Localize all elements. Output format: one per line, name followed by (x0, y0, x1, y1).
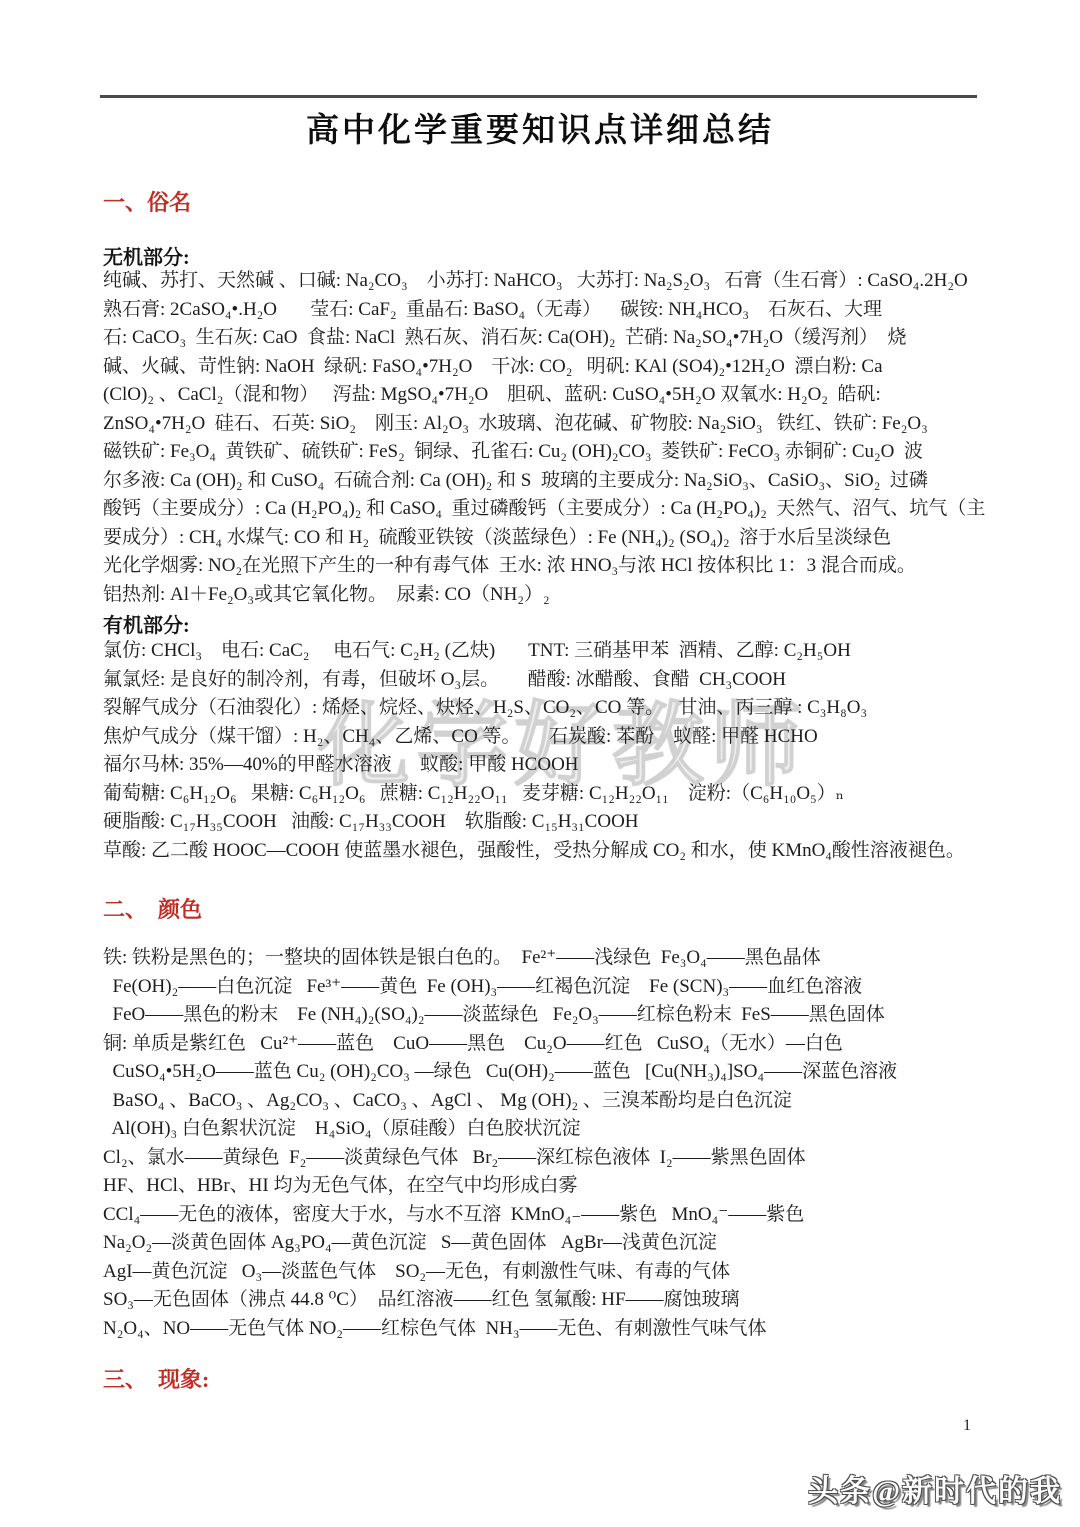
text-line: 纯碱、苏打、天然碱 、口碱: Na₂CO₃ 小苏打: NaHCO₃ 大苏打: N… (103, 267, 1008, 296)
document-page: 高中化学重要知识点详细总结 化学好教师 一、俗名 无机部分: 纯碱、苏打、天然碱… (0, 0, 1080, 1527)
text-line: 石: CaCO₃ 生石灰: CaO 食盐: NaCl 熟石灰、消石灰: Ca(O… (103, 324, 1008, 353)
text-line: Na₂O₂—淡黄色固体 Ag₃PO₄—黄色沉淀 S—黄色固体 AgBr—浅黄色沉… (103, 1229, 1008, 1258)
header-rule (100, 95, 977, 98)
colors-lines: 铁: 铁粉是黑色的；一整块的固体铁是银白色的。 Fe²⁺——浅绿色 Fe₃O₄—… (103, 944, 1008, 1343)
page-title: 高中化学重要知识点详细总结 (0, 104, 1080, 151)
text-line: 碱、火碱、苛性钠: NaOH 绿矾: FaSO₄•7H₂O 干冰: CO₂ 明矾… (103, 353, 1008, 382)
text-line: SO₃—无色固体（沸点 44.8 ⁰C） 品红溶液——红色 氢氟酸: HF——腐… (103, 1286, 1008, 1315)
text-line: 氯仿: CHCl₃ 电石: CaC₂ 电石气: C₂H₂ (乙炔) TNT: 三… (103, 637, 1008, 666)
text-line: (ClO)₂ 、CaCl₂（混和物） 泻盐: MgSO₄•7H₂O 胆矾、蓝矾:… (103, 381, 1008, 410)
text-line: 铁: 铁粉是黑色的；一整块的固体铁是银白色的。 Fe²⁺——浅绿色 Fe₃O₄—… (103, 944, 1008, 973)
inorganic-lines: 纯碱、苏打、天然碱 、口碱: Na₂CO₃ 小苏打: NaHCO₃ 大苏打: N… (103, 267, 1008, 609)
text-line: CuSO₄•5H₂O——蓝色 Cu₂ (OH)₂CO₃ —绿色 Cu(OH)₂—… (103, 1058, 1008, 1087)
footer-watermark: 头条@新时代的我 (808, 1466, 1062, 1510)
organic-lines: 氯仿: CHCl₃ 电石: CaC₂ 电石气: C₂H₂ (乙炔) TNT: 三… (103, 637, 1008, 865)
text-line: HF、HCl、HBr、HI 均为无色气体，在空气中均形成白雾 (103, 1172, 1008, 1201)
text-line: Fe(OH)₂——白色沉淀 Fe³⁺——黄色 Fe (OH)₃——红褐色沉淀 F… (103, 973, 1008, 1002)
organic-part-label: 有机部分: (103, 609, 190, 638)
text-line: CCl₄——无色的液体，密度大于水，与水不互溶 KMnO₄₋——紫色 MnO₄⁻… (103, 1201, 1008, 1230)
text-line: 福尔马林: 35%—40%的甲醛水溶液 蚁酸: 甲酸 HCOOH (103, 751, 1008, 780)
text-line: AgI—黄色沉淀 O₃—淡蓝色气体 SO₂—无色，有刺激性气味、有毒的气体 (103, 1258, 1008, 1287)
text-line: 光化学烟雾: NO₂在光照下产生的一种有毒气体 王水: 浓 HNO₃与浓 HCl… (103, 552, 1008, 581)
text-line: N₂O₄、NO——无色气体 NO₂——红棕色气体 NH₃——无色、有刺激性气味气… (103, 1315, 1008, 1344)
text-line: 要成分）: CH₄ 水煤气: CO 和 H₂ 硫酸亚铁铵（淡蓝绿色）: Fe (… (103, 524, 1008, 553)
text-line: Al(OH)₃ 白色絮状沉淀 H₄SiO₄（原硅酸）白色胶状沉淀 (103, 1115, 1008, 1144)
text-line: 裂解气成分（石油裂化）: 烯烃、烷烃、炔烃、H₂S、CO₂、CO 等。 甘油、丙… (103, 694, 1008, 723)
text-line: 硬脂酸: C₁₇H₃₅COOH 油酸: C₁₇H₃₃COOH 软脂酸: C₁₅H… (103, 808, 1008, 837)
text-line: 草酸: 乙二酸 HOOC—COOH 使蓝墨水褪色，强酸性，受热分解成 CO₂ 和… (103, 837, 1008, 866)
text-line: 氟氯烃: 是良好的制冷剂，有毒，但破坏 O₃层。 醋酸: 冰醋酸、食醋 CH₃C… (103, 666, 1008, 695)
text-line: 熟石膏: 2CaSO₄•.H₂O 莹石: CaF₂ 重晶石: BaSO₄（无毒）… (103, 296, 1008, 325)
section-heading-colors: 二、 颜色 (103, 893, 202, 924)
inorganic-part-label: 无机部分: (103, 241, 190, 270)
text-line: 磁铁矿: Fe₃O₄ 黄铁矿、硫铁矿: FeS₂ 铜绿、孔雀石: Cu₂ (OH… (103, 438, 1008, 467)
text-line: 酸钙（主要成分）: Ca (H₂PO₄)₂ 和 CaSO₄ 重过磷酸钙（主要成分… (103, 495, 1008, 524)
text-line: ZnSO₄•7H₂O 硅石、石英: SiO₂ 刚玉: Al₂O₃ 水玻璃、泡花碱… (103, 410, 1008, 439)
section-heading-phenomena: 三、 现象: (103, 1363, 209, 1394)
text-line: 葡萄糖: C₆H₁₂O₆ 果糖: C₆H₁₂O₆ 蔗糖: C₁₂H₂₂O₁₁ 麦… (103, 780, 1008, 809)
text-line: Cl₂、氯水——黄绿色 F₂——淡黄绿色气体 Br₂——深红棕色液体 I₂——紫… (103, 1144, 1008, 1173)
page-number: 1 (963, 1417, 971, 1435)
text-line: 铜: 单质是紫红色 Cu²⁺——蓝色 CuO——黑色 Cu₂O——红色 CuSO… (103, 1030, 1008, 1059)
section-heading-common-names: 一、俗名 (103, 186, 191, 217)
text-line: BaSO₄ 、BaCO₃ 、Ag₂CO₃ 、CaCO₃ 、AgCl 、 Mg (… (103, 1087, 1008, 1116)
text-line: FeO——黑色的粉末 Fe (NH₄)₂(SO₄)₂——淡蓝绿色 Fe₂O₃——… (103, 1001, 1008, 1030)
text-line: 尔多液: Ca (OH)₂ 和 CuSO₄ 石硫合剂: Ca (OH)₂ 和 S… (103, 467, 1008, 496)
text-line: 铝热剂: Al＋Fe₂O₃或其它氧化物。 尿素: CO（NH₂）₂ (103, 581, 1008, 610)
text-line: 焦炉气成分（煤干馏）: H₂、CH₄、乙烯、CO 等。 石炭酸: 苯酚 蚁醛: … (103, 723, 1008, 752)
